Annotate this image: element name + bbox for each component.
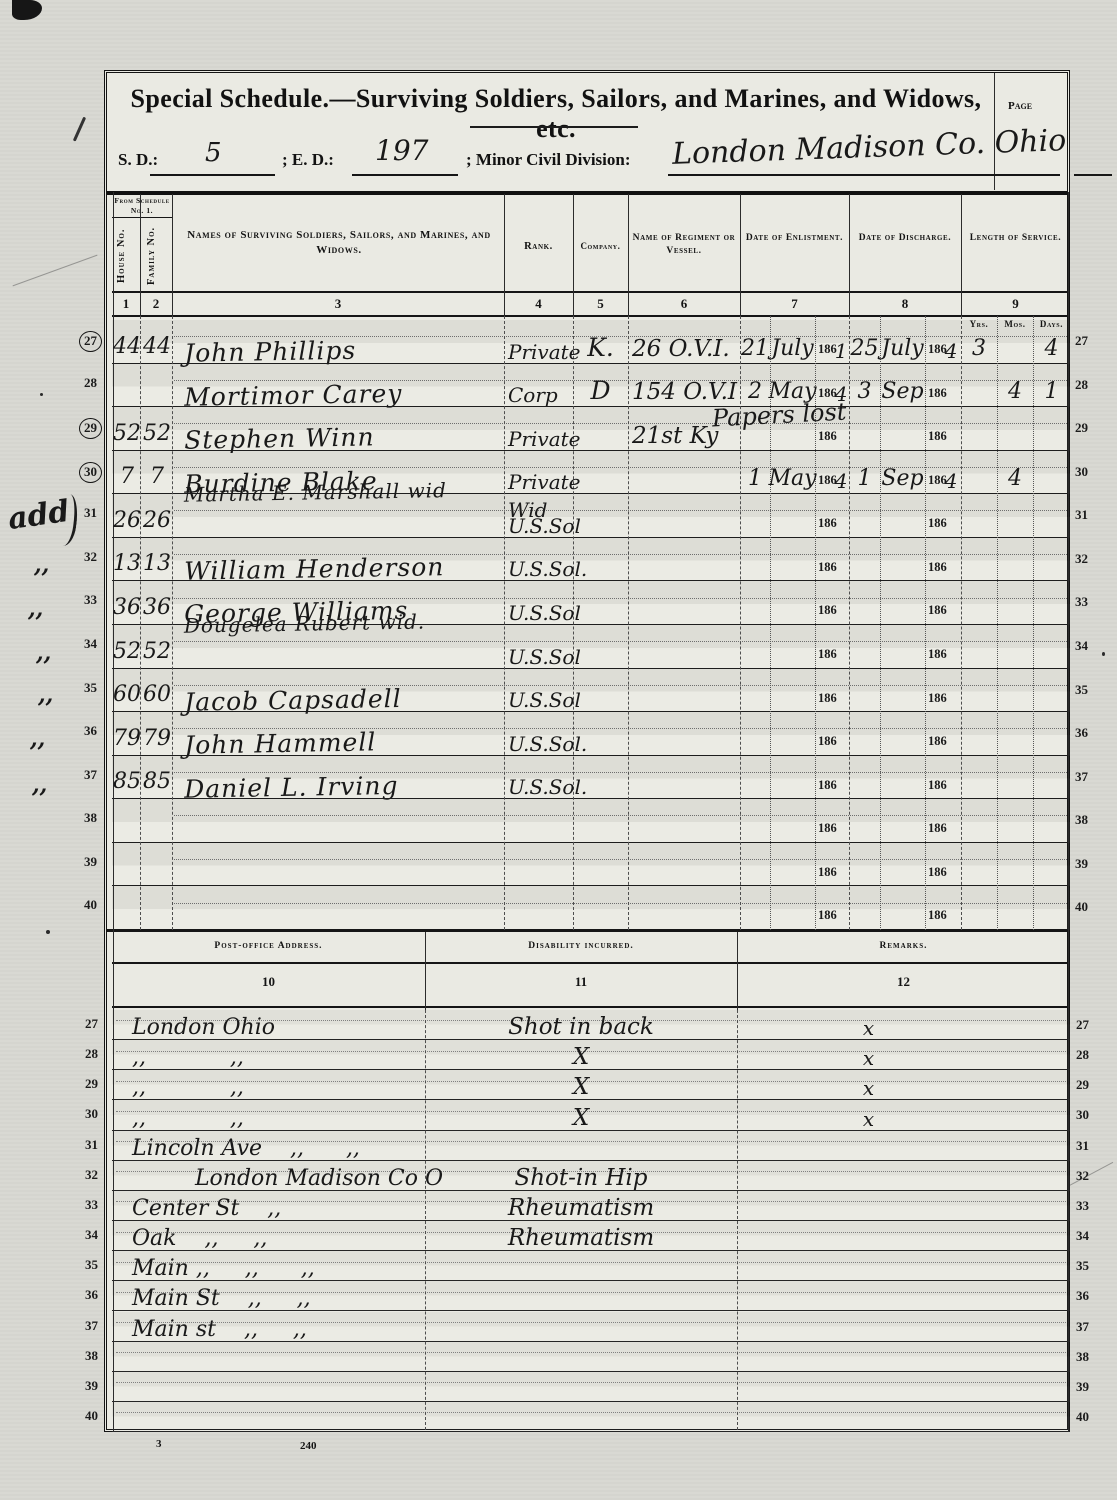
- enlist-day: [740, 799, 770, 842]
- enlist-day: [740, 669, 770, 712]
- speck: [40, 393, 43, 396]
- soldier-name: John Hammell: [174, 709, 505, 757]
- address-entry: ,, ,,: [114, 1070, 425, 1099]
- service-years: [961, 364, 997, 407]
- row-number-right: 30: [1076, 1107, 1089, 1123]
- rank-entry: U.S.Sol.: [504, 712, 573, 755]
- printed-year-prefix: 186: [925, 343, 947, 363]
- address-entry: Center St ,,: [114, 1191, 425, 1220]
- enlist-day: [740, 581, 770, 624]
- row-number-left: 37: [85, 1318, 98, 1334]
- soldier-name: Stephen Winn: [174, 404, 505, 452]
- rank-entry: U.S.Sol: [504, 581, 573, 624]
- grid-line: [740, 194, 741, 316]
- scanned-census-page: Special Schedule.—Surviving Soldiers, Sa…: [0, 0, 1117, 1500]
- col-num-3: 3: [172, 296, 504, 312]
- discharge-month: [880, 625, 925, 668]
- service-months: [997, 712, 1033, 755]
- address-row: Center St ,,Rheumatism: [112, 1191, 1070, 1221]
- service-days: [1033, 625, 1070, 668]
- soldier-name: Mortimor Carey: [174, 361, 505, 409]
- service-years: [961, 712, 997, 755]
- company-entry: [573, 581, 628, 624]
- disability-entry: Shot in back: [425, 1010, 737, 1039]
- discharge-month: [880, 538, 925, 581]
- company-entry: [573, 799, 628, 842]
- printed-year-prefix: 186: [815, 909, 837, 929]
- address-row: Main St ,, ,,: [112, 1281, 1070, 1311]
- soldier-row: 2626Martha E. Marshall widWid U.S.Sol186…: [112, 494, 1070, 538]
- service-years: [961, 756, 997, 799]
- ed-label: ; E. D.:: [282, 150, 334, 170]
- address-entry: Lincoln Ave ,, ,,: [114, 1131, 425, 1160]
- remarks-entry: [737, 1372, 1070, 1401]
- service-days: [1033, 756, 1070, 799]
- enlist-year: 1864: [815, 451, 849, 494]
- enlist-month: July: [770, 320, 815, 363]
- row-number-left: 32: [85, 1167, 98, 1183]
- soldier-row: 186186: [112, 886, 1070, 930]
- family-no: 13: [140, 538, 174, 581]
- row-number-right: 29: [1075, 420, 1088, 436]
- house-no: [114, 364, 140, 407]
- disability-entry: [425, 1251, 737, 1280]
- row-number-left: 40: [84, 897, 97, 913]
- address-row: Oak ,, ,,Rheumatism: [112, 1221, 1070, 1251]
- remarks-entry: [737, 1312, 1070, 1341]
- printed-year-prefix: 186: [815, 474, 837, 494]
- house-no: [114, 886, 140, 929]
- soldier-name: William Henderson: [174, 535, 505, 583]
- regiment-entry: [628, 799, 740, 842]
- ed-blank-line: [352, 174, 458, 176]
- soldier-name: John Phillips: [174, 317, 505, 365]
- regiment-entry: [628, 538, 740, 581]
- company-entry: [573, 669, 628, 712]
- names-header: Names of Surviving Soldiers, Sailors, an…: [182, 228, 496, 258]
- enlist-year: 186: [815, 625, 849, 668]
- regiment-entry: [628, 712, 740, 755]
- row-number-left: 31: [85, 1137, 98, 1153]
- year-digit: 4: [835, 471, 848, 493]
- family-no: 26: [140, 494, 174, 537]
- discharge-year: 186: [925, 669, 961, 712]
- discharge-month: [880, 756, 925, 799]
- discharge-header: Date of Discharge.: [851, 232, 959, 245]
- service-months: 4: [997, 364, 1033, 407]
- service-months: [997, 538, 1033, 581]
- rank-entry: U.S.Sol.: [504, 756, 573, 799]
- service-months: [997, 669, 1033, 712]
- rank-entry: [504, 886, 573, 929]
- margin-ditto: ,,: [34, 552, 49, 578]
- discharge-month: [880, 407, 925, 450]
- disability-entry: [425, 1342, 737, 1371]
- enlist-month: [770, 799, 815, 842]
- soldier-row: 4444John PhillipsPrivateK.26 O.V.I.21Jul…: [112, 320, 1070, 364]
- service-years: [961, 581, 997, 624]
- row-number-right: 28: [1075, 377, 1088, 393]
- printed-year-prefix: 186: [815, 692, 837, 712]
- soldier-name: Jacob Capsadell: [174, 666, 505, 714]
- enlist-day: 21: [740, 320, 770, 363]
- remarks-entry: [737, 1221, 1070, 1250]
- row-number-left: 27: [79, 331, 102, 352]
- service-days: [1033, 669, 1070, 712]
- row-number-left: 35: [84, 680, 97, 696]
- printed-year-prefix: 186: [815, 648, 837, 668]
- service-days: [1033, 581, 1070, 624]
- remarks-entry: x: [737, 1010, 1070, 1039]
- footer-form-number: 240: [300, 1440, 317, 1452]
- address-row: Lincoln Ave ,, ,,: [112, 1131, 1070, 1161]
- family-no: 36: [140, 581, 174, 624]
- discharge-day: [849, 843, 880, 886]
- enlist-year: 186: [815, 886, 849, 929]
- row-number-left: 39: [85, 1378, 98, 1394]
- row-number-right: 31: [1075, 507, 1088, 523]
- rank-entry: Corp: [504, 364, 573, 407]
- service-days: [1033, 407, 1070, 450]
- disability-entry: [425, 1312, 737, 1341]
- row-number-left: 38: [84, 810, 97, 826]
- row-number-right: 38: [1075, 812, 1088, 828]
- family-no: [140, 886, 174, 929]
- soldier-name: Dougelea Rubert wid.: [174, 609, 505, 657]
- row-number-left: 32: [84, 549, 97, 565]
- soldier-row: 1313William HendersonU.S.Sol.186186: [112, 538, 1070, 582]
- family-no: 85: [140, 756, 174, 799]
- rank-entry: Private: [504, 320, 573, 363]
- regiment-entry: 154 O.V.I: [628, 364, 740, 407]
- row-number-right: 39: [1076, 1379, 1089, 1395]
- disability-entry: Rheumatism: [425, 1221, 737, 1250]
- address-row: Main st ,, ,,: [112, 1312, 1070, 1342]
- grid-line: [504, 194, 505, 316]
- soldier-name: Martha E. Marshall wid: [174, 478, 505, 526]
- printed-year-prefix: 186: [925, 517, 947, 537]
- house-no-header: House No.: [116, 224, 127, 288]
- margin-ditto: ,,: [28, 596, 43, 622]
- soldier-row: 5252Dougelea Rubert wid.U.S.Sol186186: [112, 625, 1070, 669]
- ed-value: 197: [375, 134, 428, 167]
- service-months: [997, 320, 1033, 363]
- discharge-year: 1864: [925, 320, 961, 363]
- row-number-left: 27: [85, 1016, 98, 1032]
- col-num-7: 7: [740, 296, 849, 312]
- company-entry: [573, 407, 628, 450]
- remarks-entry: [737, 1161, 1070, 1190]
- enlist-month: [770, 669, 815, 712]
- row-number-left: 34: [85, 1227, 98, 1243]
- discharge-day: [849, 407, 880, 450]
- disability-entry: Rheumatism: [425, 1191, 737, 1220]
- soldier-name: [174, 840, 505, 888]
- enlist-day: 1: [740, 451, 770, 494]
- rank-entry: [504, 843, 573, 886]
- address-entry: London Madison Co O: [114, 1161, 425, 1190]
- service-years: [961, 407, 997, 450]
- row-number-right: 35: [1076, 1258, 1089, 1274]
- service-days: 1: [1033, 364, 1070, 407]
- company-entry: [573, 886, 628, 929]
- discharge-day: [849, 581, 880, 624]
- address-entry: Main St ,, ,,: [114, 1281, 425, 1310]
- service-years: [961, 799, 997, 842]
- disability-entry: [425, 1131, 737, 1160]
- enlist-year: 186: [815, 538, 849, 581]
- service-months: [997, 581, 1033, 624]
- enlist-day: [740, 494, 770, 537]
- discharge-year: 186: [925, 581, 961, 624]
- enlist-day: [740, 886, 770, 929]
- family-no: 52: [140, 625, 174, 668]
- row-number-right: 32: [1076, 1168, 1089, 1184]
- regiment-entry: [628, 756, 740, 799]
- enlist-year: 186: [815, 581, 849, 624]
- remarks-entry: [737, 1281, 1070, 1310]
- printed-year-prefix: 186: [815, 822, 837, 842]
- enlist-month: [770, 756, 815, 799]
- service-days: [1033, 494, 1070, 537]
- printed-year-prefix: 186: [925, 604, 947, 624]
- soldier-row: Mortimor CareyCorpD154 O.V.I2May3Sep4118…: [112, 364, 1070, 408]
- family-no: 44: [140, 320, 174, 363]
- discharge-year: 186: [925, 886, 961, 929]
- service-days: [1033, 886, 1070, 929]
- address-entry: Main st ,, ,,: [114, 1312, 425, 1341]
- printed-year-prefix: 186: [925, 561, 947, 581]
- house-no: 52: [114, 407, 140, 450]
- address-row: [112, 1342, 1070, 1372]
- service-years: [961, 494, 997, 537]
- discharge-year: 186: [925, 799, 961, 842]
- row-number-left: 38: [85, 1348, 98, 1364]
- lower-table-body: London OhioShot in backx,, ,,Xx,, ,,Xx,,…: [112, 1010, 1070, 1432]
- enlist-year: 186: [815, 843, 849, 886]
- row-number-right: 28: [1076, 1047, 1089, 1063]
- regiment-entry: [628, 669, 740, 712]
- sd-blank-line: [150, 174, 275, 176]
- house-no: 52: [114, 625, 140, 668]
- service-years: [961, 625, 997, 668]
- discharge-month: [880, 494, 925, 537]
- discharge-month: [880, 799, 925, 842]
- enlist-day: [740, 756, 770, 799]
- discharge-month: Sep: [880, 451, 925, 494]
- company-entry: K.: [573, 320, 628, 363]
- discharge-month: [880, 669, 925, 712]
- disability-entry: X: [425, 1040, 737, 1069]
- disability-entry: [425, 1281, 737, 1310]
- printed-year-prefix: 186: [815, 517, 837, 537]
- service-years: [961, 843, 997, 886]
- rank-entry: Private: [504, 451, 573, 494]
- row-number-left: 36: [85, 1287, 98, 1303]
- service-months: [997, 799, 1033, 842]
- regiment-header: Name of Regiment or Vessel.: [630, 232, 738, 258]
- service-months: [997, 625, 1033, 668]
- discharge-day: [849, 712, 880, 755]
- col-num-8: 8: [849, 296, 961, 312]
- remarks-entry: x: [737, 1100, 1070, 1129]
- remarks-entry: x: [737, 1070, 1070, 1099]
- discharge-year: 186: [925, 538, 961, 581]
- house-no: 79: [114, 712, 140, 755]
- address-entry: Oak ,, ,,: [114, 1221, 425, 1250]
- row-number-right: 36: [1075, 725, 1088, 741]
- printed-year-prefix: 186: [925, 474, 947, 494]
- service-days: [1033, 843, 1070, 886]
- enlist-year: 1861: [815, 320, 849, 363]
- address-entry: [114, 1372, 425, 1401]
- row-number-left: 35: [85, 1257, 98, 1273]
- year-digit: 4: [945, 471, 958, 493]
- address-row: London OhioShot in backx: [112, 1010, 1070, 1040]
- address-entry: [114, 1402, 425, 1431]
- enlist-month: [770, 625, 815, 668]
- regiment-entry: 26 O.V.I.: [628, 320, 740, 363]
- family-no: 7: [140, 451, 174, 494]
- discharge-year: 186: [925, 712, 961, 755]
- family-no-header: Family No.: [146, 224, 157, 288]
- house-no: [114, 843, 140, 886]
- row-number-right: 40: [1076, 1409, 1089, 1425]
- enlist-year: 186: [815, 799, 849, 842]
- enlist-month: [770, 712, 815, 755]
- rank-entry: U.S.Sol.: [504, 538, 573, 581]
- remarks-entry: [737, 1402, 1070, 1431]
- company-entry: [573, 756, 628, 799]
- enlist-month: [770, 538, 815, 581]
- service-months: [997, 886, 1033, 929]
- row-number-right: 32: [1075, 551, 1088, 567]
- company-entry: [573, 843, 628, 886]
- printed-year-prefix: 186: [925, 648, 947, 668]
- enlist-year: 186: [815, 494, 849, 537]
- printed-year-prefix: 186: [925, 822, 947, 842]
- service-months: [997, 494, 1033, 537]
- disability-entry: Shot-in Hip: [425, 1161, 737, 1190]
- row-number-left: 33: [84, 592, 97, 608]
- address-row: ,, ,,Xx: [112, 1040, 1070, 1070]
- house-no: 44: [114, 320, 140, 363]
- printed-year-prefix: 186: [925, 909, 947, 929]
- discharge-day: [849, 886, 880, 929]
- discharge-day: 25: [849, 320, 880, 363]
- company-entry: [573, 451, 628, 494]
- enlist-month: [770, 581, 815, 624]
- discharge-day: 1: [849, 451, 880, 494]
- service-days: [1033, 799, 1070, 842]
- row-number-left: 28: [84, 375, 97, 391]
- regiment-entry: [628, 494, 740, 537]
- address-row: Main ,, ,, ,,: [112, 1251, 1070, 1281]
- row-number-right: 39: [1075, 856, 1088, 872]
- from-schedule-label: From Schedule No. 1.: [112, 196, 172, 216]
- pen-stroke-artifact: [73, 117, 86, 142]
- service-years: 3: [961, 320, 997, 363]
- printed-year-prefix: 186: [815, 735, 837, 755]
- grid-line: [425, 932, 426, 1010]
- row-number-right: 27: [1076, 1017, 1089, 1033]
- printed-year-prefix: 186: [815, 561, 837, 581]
- discharge-month: Sep: [880, 364, 925, 407]
- service-years: [961, 538, 997, 581]
- company-entry: [573, 625, 628, 668]
- discharge-day: [849, 625, 880, 668]
- row-number-left: 31: [84, 505, 97, 521]
- address-row: [112, 1372, 1070, 1402]
- soldier-name: [174, 884, 505, 932]
- soldier-name: Daniel L. Irving: [174, 753, 505, 801]
- regiment-entry: [628, 886, 740, 929]
- row-number-right: 33: [1075, 594, 1088, 610]
- rank-header: Rank.: [504, 240, 573, 254]
- address-entry: [114, 1342, 425, 1371]
- soldier-row: 7979John HammellU.S.Sol.186186: [112, 712, 1070, 756]
- discharge-month: [880, 843, 925, 886]
- enlist-month: [770, 843, 815, 886]
- rank-entry: Wid U.S.Sol: [504, 494, 573, 537]
- discharge-day: [849, 669, 880, 712]
- row-number-right: 35: [1075, 682, 1088, 698]
- row-number-left: 28: [85, 1046, 98, 1062]
- printed-year-prefix: 186: [925, 387, 947, 407]
- row-number-right: 33: [1076, 1198, 1089, 1214]
- enlist-day: [740, 712, 770, 755]
- rank-entry: Private: [504, 407, 573, 450]
- family-no: [140, 843, 174, 886]
- soldier-row: 186186: [112, 799, 1070, 843]
- row-number-right: 29: [1076, 1077, 1089, 1093]
- mcd-blank-line-2: [1074, 174, 1112, 176]
- ink-blob-artifact: [12, 0, 42, 20]
- company-entry: [573, 712, 628, 755]
- discharge-year: 1864: [925, 451, 961, 494]
- family-no: [140, 799, 174, 842]
- row-number-right: 34: [1075, 638, 1088, 654]
- row-number-left: 33: [85, 1197, 98, 1213]
- speck: [46, 930, 50, 934]
- lower-heavy-rule: [112, 1006, 1070, 1008]
- remarks-header: Remarks.: [737, 940, 1070, 953]
- table-top-rule: [107, 191, 1067, 195]
- service-days: 4: [1033, 320, 1070, 363]
- enlist-day: 2: [740, 364, 770, 407]
- page-label: Page: [1008, 100, 1032, 112]
- lower-header-rule: [112, 962, 1070, 964]
- house-no: 60: [114, 669, 140, 712]
- discharge-year: 186: [925, 756, 961, 799]
- service-months: [997, 756, 1033, 799]
- remarks-entry: [737, 1191, 1070, 1220]
- row-number-left: 30: [85, 1106, 98, 1122]
- service-years: [961, 886, 997, 929]
- house-no: 26: [114, 494, 140, 537]
- col-num-6: 6: [628, 296, 740, 312]
- company-entry: [573, 494, 628, 537]
- row-number-left: 36: [84, 723, 97, 739]
- address-entry: ,, ,,: [114, 1100, 425, 1129]
- row-number-right: 34: [1076, 1228, 1089, 1244]
- address-row: London Madison Co OShot-in Hip: [112, 1161, 1070, 1191]
- header-heavy-rule: [112, 315, 1070, 317]
- enlist-month: [770, 886, 815, 929]
- enlist-month: May: [770, 451, 815, 494]
- printed-year-prefix: 186: [925, 692, 947, 712]
- discharge-month: July: [880, 320, 925, 363]
